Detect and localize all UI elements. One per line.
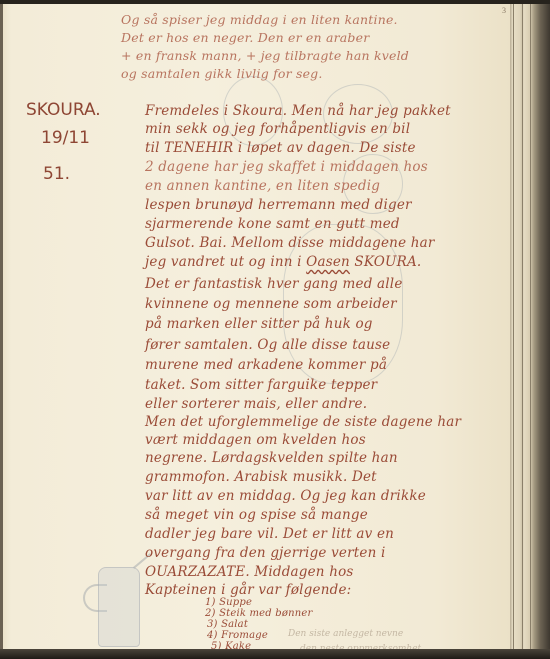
notebook-page: 3 Og så spiser jeg middag i en liten kan… [0, 4, 510, 649]
margin-place: SKOURA. [26, 100, 101, 120]
top-line: Og så spiser jeg middag i en liten kanti… [121, 12, 398, 28]
entry-line: på marken eller sitter på huk og [145, 316, 373, 332]
page-number: 3 [502, 6, 506, 15]
top-line: og samtalen gikk livlig for seg. [121, 66, 323, 82]
entry-line: eller sorterer mais, eller andre. [145, 396, 367, 412]
entry-line: Kapteinen i går var følgende: [145, 582, 351, 598]
top-line: + en fransk mann, + jeg tilbragte han kv… [121, 48, 409, 64]
entry-line-oasen: jeg vandret ut og inn i Oasen SKOURA. [145, 254, 421, 270]
margin-date: 19/11 [41, 128, 90, 148]
entry-line: sjarmerende kone samt en gutt med [145, 216, 400, 232]
menu-item: 2) Steik med bønner [205, 608, 312, 619]
entry-line-text: jeg vandret ut og inn i Oasen SKOURA. [145, 254, 421, 270]
entry-line: OUARZAZATE. Middagen hos [145, 564, 354, 580]
menu-item: 1) Suppe [205, 597, 252, 608]
page-edge [522, 4, 523, 649]
page-edge [530, 4, 531, 649]
top-line: Det er hos en neger. Den er en araber [121, 30, 369, 46]
entry-line: var litt av en middag. Og jeg kan drikke [145, 488, 426, 504]
margin-year: 51. [43, 164, 70, 184]
entry-line: så meget vin og spise så mange [145, 507, 368, 523]
entry-line: overgang fra den gjerrige verten i [145, 545, 385, 561]
notebook-scan: 3 Og så spiser jeg middag i en liten kan… [0, 0, 550, 659]
pencil-sketch-jug [98, 567, 140, 647]
entry-line: kvinnene og mennene som arbeider [145, 296, 397, 312]
entry-line: lespen brunøyd herremann med diger [145, 197, 412, 213]
bottom-shadow [0, 649, 550, 659]
entry-line: en annen kantine, en liten spedig [145, 178, 380, 194]
entry-line: murene med arkadene kommer på [145, 357, 387, 373]
menu-item: 3) Salat [207, 619, 248, 630]
entry-line: til TENEHIR i løpet av dagen. De siste [145, 140, 416, 156]
entry-line: Men det uforglemmelige de siste dagene h… [145, 414, 461, 430]
entry-line: negrene. Lørdagskvelden spilte han [145, 450, 398, 466]
page-edge [513, 4, 514, 649]
entry-line: min sekk og jeg forhåpentligvis en bil [145, 121, 410, 137]
entry-line: Gulsot. Bai. Mellom disse middagene har [145, 235, 435, 251]
entry-line: fører samtalen. Og alle disse tause [145, 337, 390, 353]
page-edge-stack [510, 4, 550, 649]
menu-item: 4) Fromage [207, 630, 268, 641]
entry-line: dadler jeg bare vil. Det er litt av en [145, 526, 394, 542]
entry-line: Fremdeles i Skoura. Men nå har jeg pakke… [145, 103, 451, 119]
entry-line: Det er fantastisk hver gang med alle [145, 276, 403, 292]
bleed-through-text: Den siste anlegget nevne [288, 629, 403, 639]
underlined-word: Oasen [306, 254, 350, 270]
entry-line: vært middagen om kvelden hos [145, 432, 366, 448]
entry-line: grammofon. Arabisk musikk. Det [145, 469, 377, 485]
entry-line: taket. Som sitter farguike tepper [145, 377, 377, 393]
entry-line: 2 dagene har jeg skaffet i middagen hos [145, 159, 428, 175]
menu-item: 5) Kake [211, 641, 251, 649]
